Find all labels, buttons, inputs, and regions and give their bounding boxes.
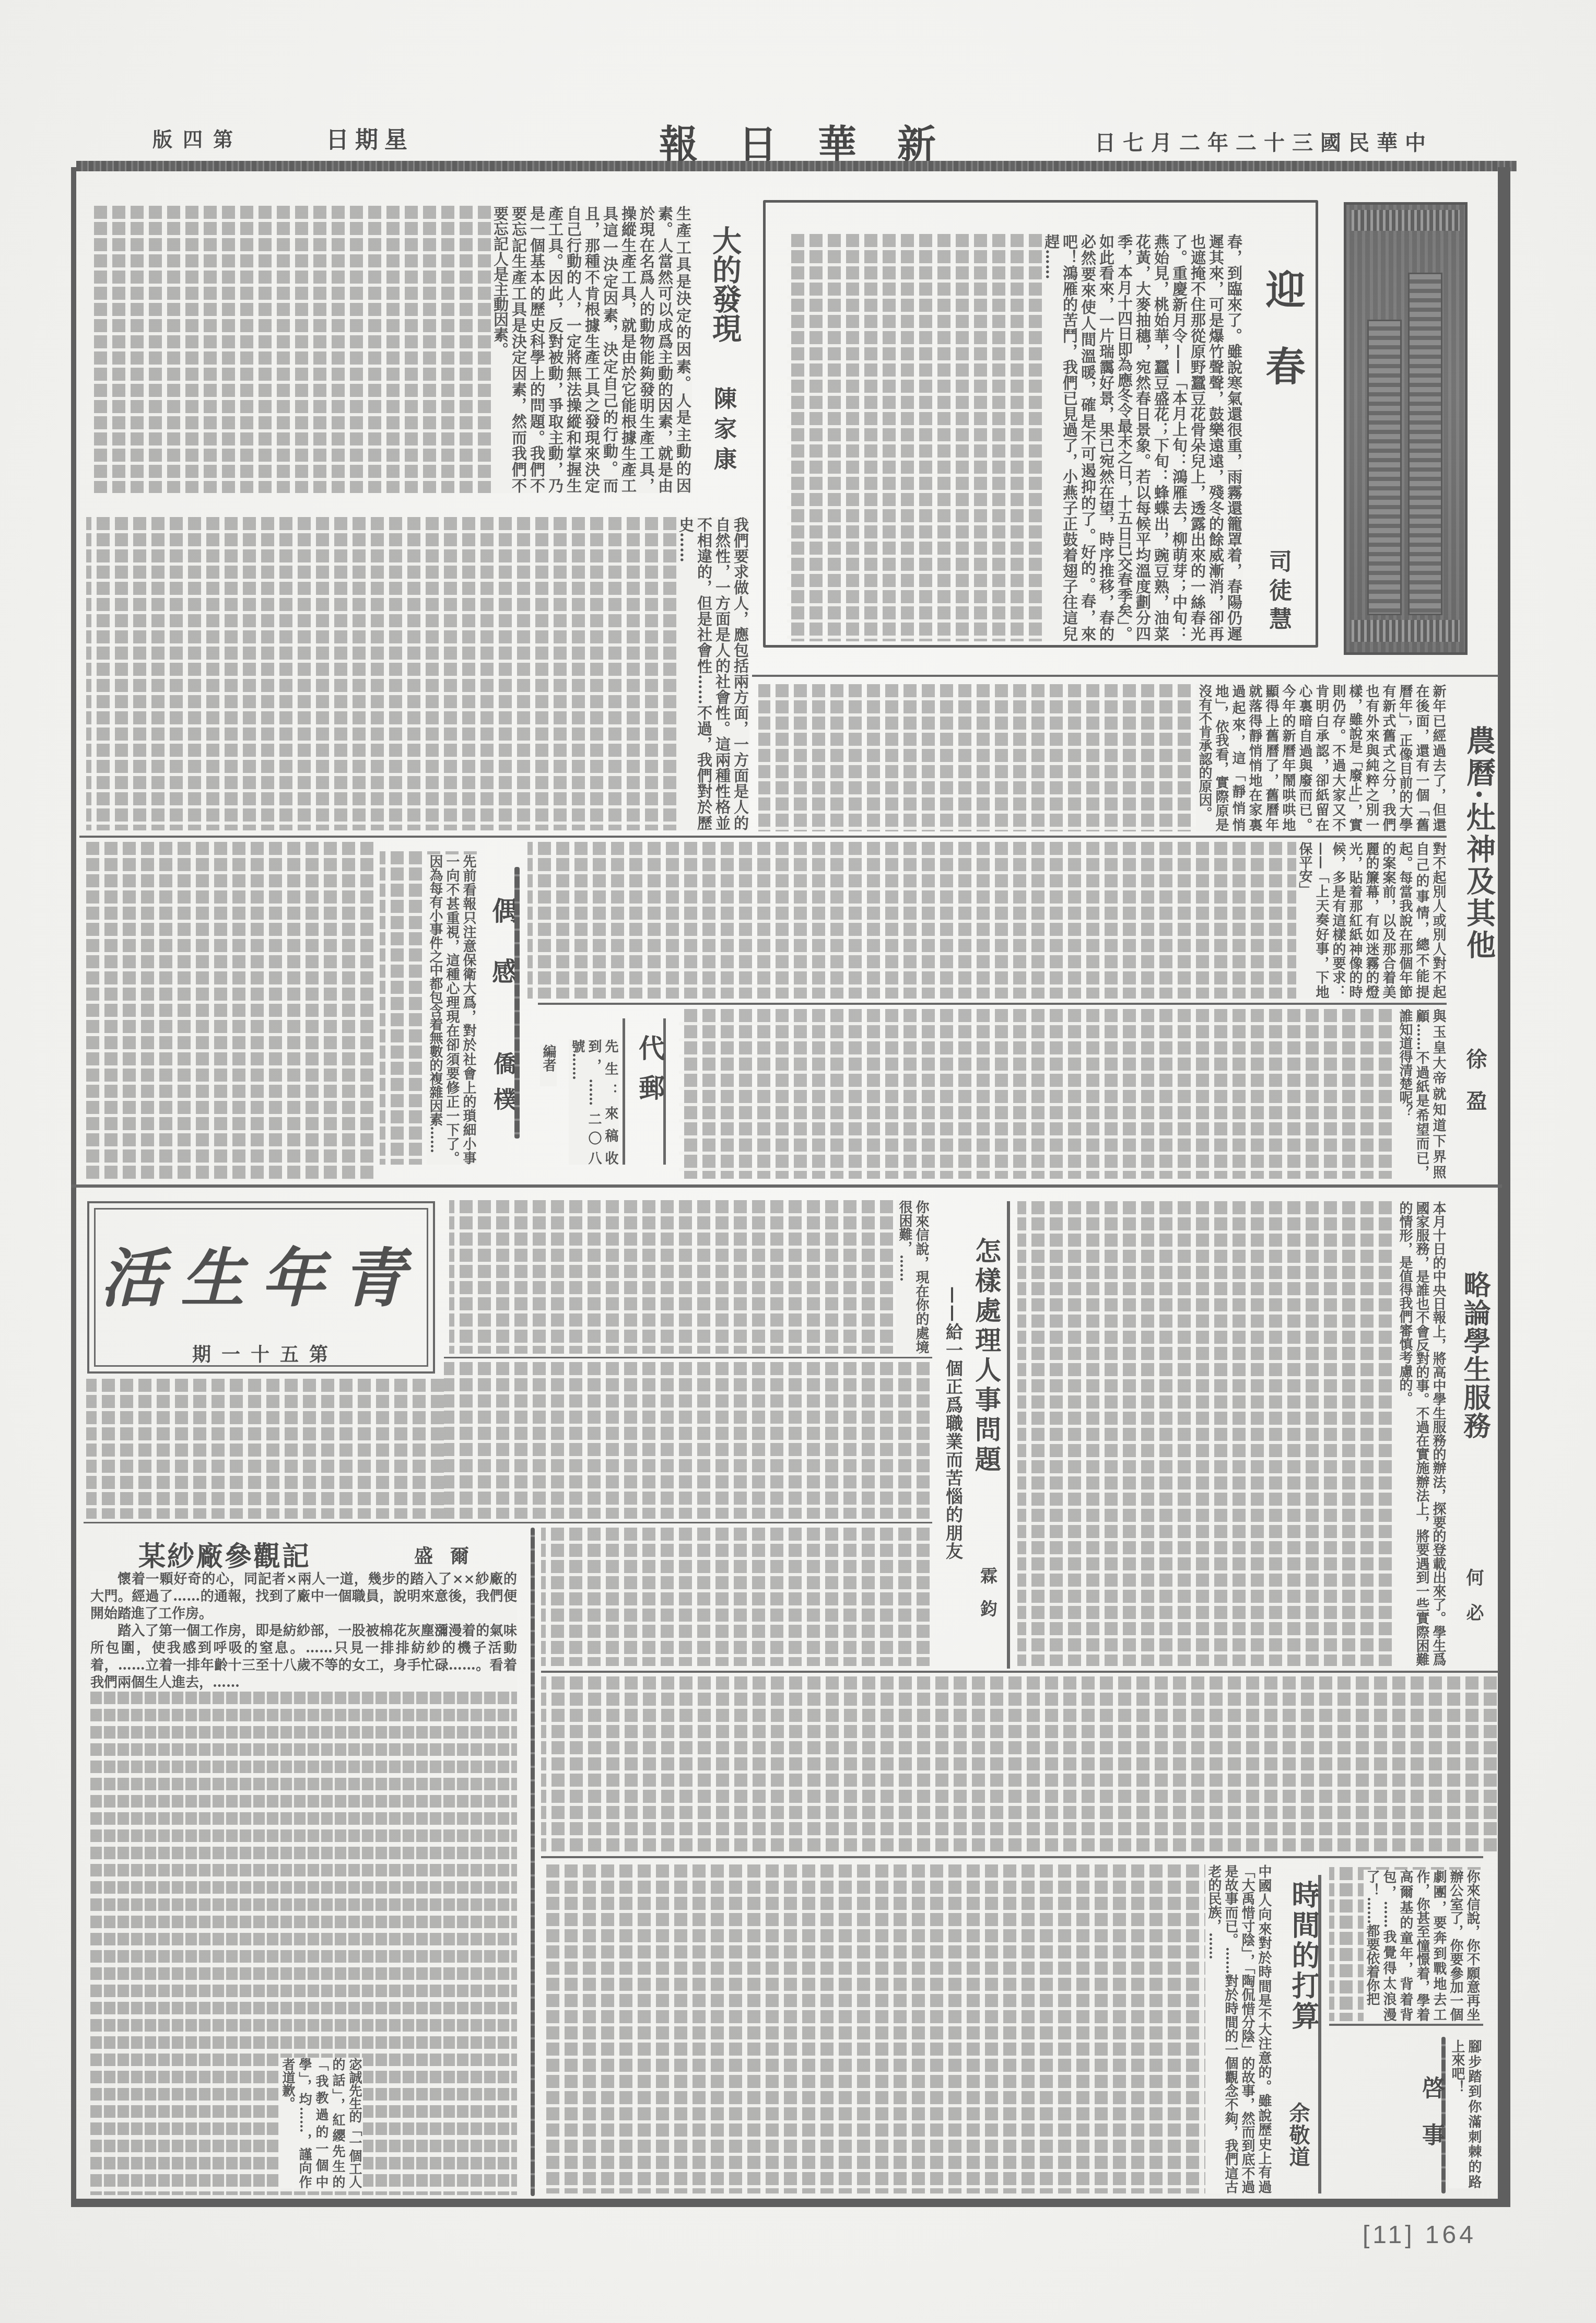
supplement-title: 青年生活 (99, 1227, 423, 1319)
article-body-lunar-calendar-cont: 對不起別人或別人對不起自己的事情，總不能提起。每當我說在那個年節的案案前，以及那… (1296, 842, 1447, 999)
byline-great-discovery: 陳家康 (706, 386, 740, 477)
article-title-welcome-spring: 迎春 (1254, 269, 1311, 423)
byline-student-service: 何必 (1461, 1568, 1486, 1638)
byline-welcome-spring: 司徒慧 (1261, 549, 1295, 636)
text-columns-texture (444, 1362, 930, 1519)
header-rule (76, 161, 1517, 171)
article-body-mill-visit: 懷着一顆好奇的心，同記者×兩人一道，幾步的踏入了××紗廠的大門。經過了……的通報… (90, 1571, 517, 1692)
art-bottom-band (1352, 620, 1460, 642)
section-masthead-art (1344, 202, 1468, 655)
article-body-student-service: 本月十日的中央日報上，將高中學生服務的辦法，探要的登載出來了。學生爲國家服務，是… (1396, 1201, 1447, 1666)
text-columns-texture (449, 1200, 930, 1354)
section-divider-full (71, 1184, 1502, 1188)
section-divider (541, 1856, 1483, 1858)
article-title-student-service: 略論學生服務 (1455, 1271, 1494, 1440)
art-top-band (1352, 210, 1460, 231)
text-columns-texture (541, 1676, 1497, 1853)
weekday-label: 星期日 (326, 121, 414, 155)
article-body-great-discovery-cont: 我們要求做人，應包括兩方面，一方面是人的自然性，一方面是人的社會性。這兩種性格並… (676, 517, 749, 830)
reader-letter-closing: 腳步踏到你滿刺棘的路上來吧！ (1449, 2039, 1482, 2188)
article-body-welcome-spring: 春，到臨來了。雖說寒氣還很重，雨霧還籠罩着，春陽仍遲遲其來，可是爆竹聲聲，鼓樂遠… (1042, 234, 1243, 641)
article-title-personnel-problems: 怎樣處理人事問題 (967, 1237, 1005, 1475)
text-columns-texture (84, 842, 373, 1180)
article-title-lunar-calendar: 農曆·灶神及其他 (1458, 725, 1500, 961)
column-divider (1318, 1875, 1321, 2193)
section-divider (79, 836, 1447, 838)
paragraph: 踏入了第一個工作房，即是紡紗部，一股被棉花灰塵瀰漫着的氣味所包圍，使我感到呼吸的… (90, 1623, 517, 1692)
article-body-random-thoughts: 先前看報只注意保衛大爲，對於社會上的瑣細小事一向不甚重視，這種心理現在卻須要修正… (427, 854, 477, 1165)
article-body-personnel-problems: 你來信說，現在你的處境很困難，…… (896, 1200, 930, 1354)
mail-box-rule (623, 1018, 625, 1165)
section-divider (752, 675, 1499, 677)
issue-date: 中華民國三十二年二月七日 (1095, 126, 1433, 156)
section-divider (1329, 2024, 1483, 2026)
text-columns-texture (86, 517, 749, 830)
section-divider (541, 1671, 1499, 1673)
text-columns-texture (86, 1379, 444, 1519)
article-subtitle-personnel-problems: ——給一個正爲職業而苦惱的朋友 (941, 1286, 966, 1561)
edition-label: 第四版 (152, 123, 243, 152)
notice-body: 宓誠先生的「一個工人的話」，紅纓先生的「我教過的一個中學」，均……，謹向作者道歉… (279, 2058, 363, 2188)
article-body-time-planning: 中國人向來對於時間是不大注意的。雖說歷史上有過「大禹惜寸陰」，「陶侃惜分陰」的故… (1205, 1864, 1272, 2193)
art-banner-left (1367, 320, 1402, 615)
byline-time-planning: 余敬道 (1283, 2102, 1313, 2168)
reader-letter-body: 你來信說，你不願意再坐辦公室了，你要參加一個劇團，要奔到戰地去工作，你甚至憧憬着… (1364, 1870, 1481, 2021)
section-divider (444, 1357, 932, 1358)
text-columns-texture (1017, 1201, 1447, 1666)
column-divider (514, 867, 520, 1139)
article-body-great-discovery: 生產工具是決定的因素。人是主動的因素。人當然可以成爲主動的因素，就是由於現在名爲… (491, 206, 692, 493)
editor-mail-body: 先生：來稿收到，……二〇八號…… (569, 1039, 619, 1165)
article-title-mill-visit: 某紗廠參觀記 (138, 1534, 311, 1574)
section-divider (538, 1003, 1447, 1005)
article-title-great-discovery: 大的發現 (704, 226, 746, 343)
art-banner-right (1408, 273, 1442, 615)
text-columns-texture (679, 1009, 1447, 1179)
column-divider (531, 1528, 535, 2196)
text-columns-texture (541, 1864, 1272, 2193)
article-body-lunar-calendar-end: 與玉皇大帝就知道下界照顧……不過紙是希望而已，誰知道得清楚呢？ (1396, 1009, 1447, 1179)
text-columns-texture (541, 1528, 930, 1666)
column-divider (1007, 1201, 1010, 1669)
newspaper-page: 第四版 星期日 新華日報 中華民國三十二年二月七日 大的發現 陳家康 生產工具是… (0, 0, 1596, 2323)
editor-mail-signature: 編者 (540, 1045, 557, 1086)
paragraph: 懷着一顆好奇的心，同記者×兩人一道，幾步的踏入了××紗廠的大門。經過了……的通報… (90, 1571, 517, 1623)
byline-personnel-problems: 霖鈞 (976, 1567, 1000, 1633)
frame-bottom-border (71, 2199, 1510, 2207)
supplement-issue-number: 第五十一期 (192, 1340, 338, 1367)
page-number: [11] 164 (1363, 2221, 1476, 2249)
byline-mill-visit: 盛爾 (414, 1542, 486, 1568)
article-body-lunar-calendar: 新年已經過去了，但還在後面，還有一個「舊曆年」，正像目前的大學有新式舊式之分，我… (1196, 684, 1447, 831)
byline-lunar-calendar: 徐盈 (1460, 1048, 1490, 1132)
notice-title: 啓事 (1414, 2076, 1448, 2170)
editor-mail-title: 代郵 (631, 1035, 668, 1114)
section-divider (84, 1522, 932, 1523)
